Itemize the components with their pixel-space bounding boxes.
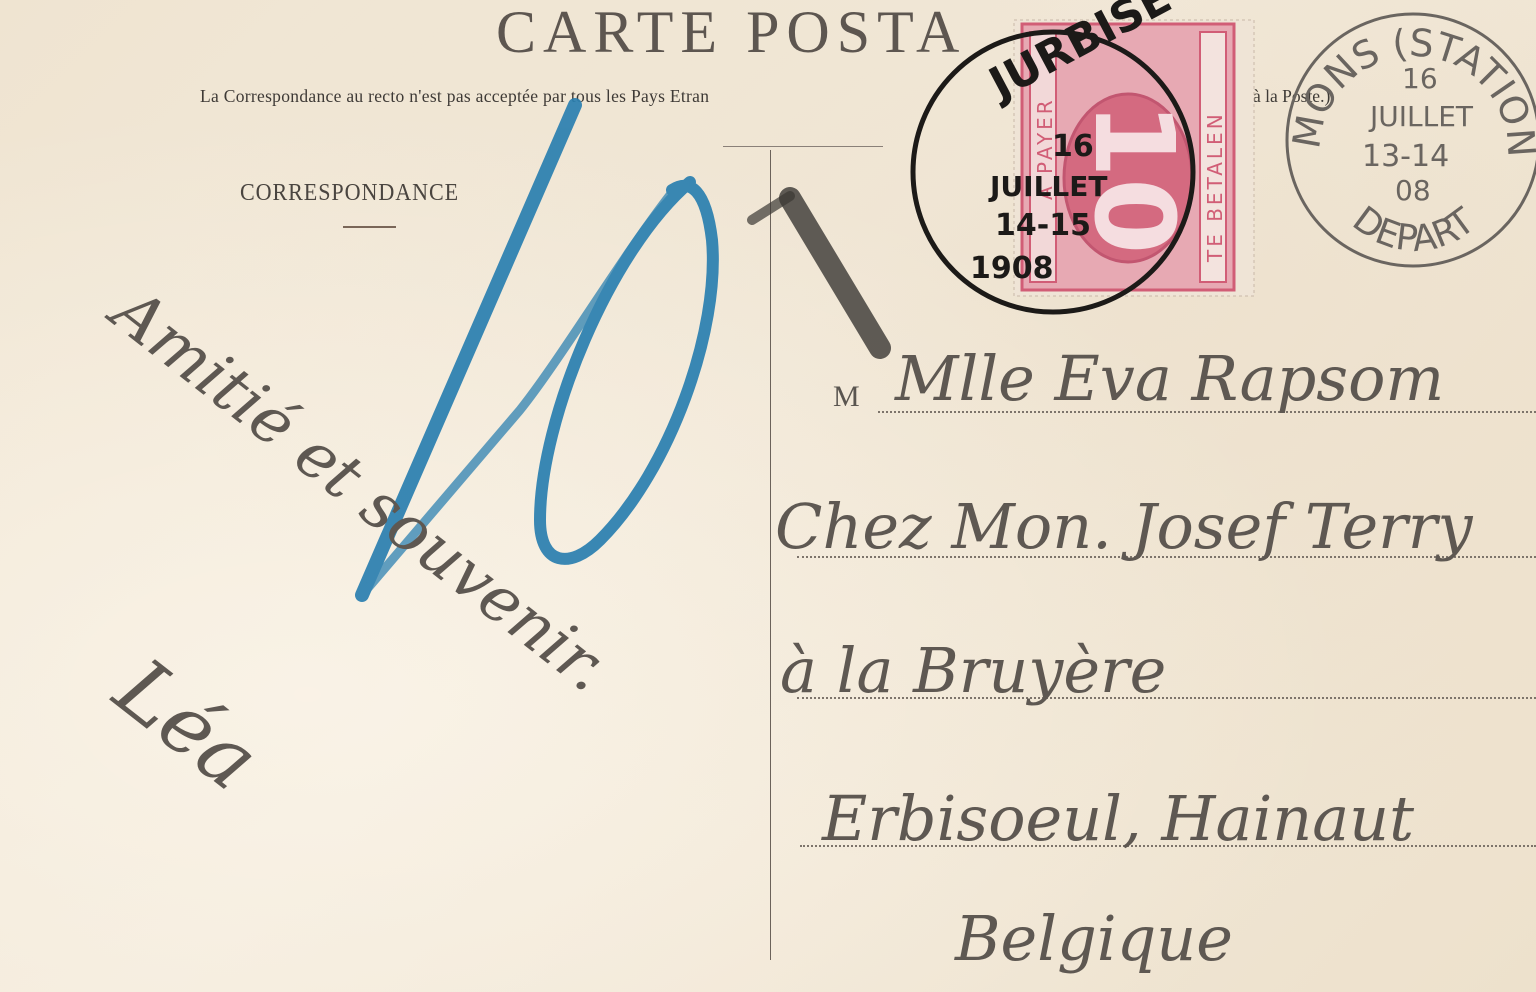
svg-text:JUILLET: JUILLET	[1368, 100, 1474, 133]
tax-t-mark	[752, 196, 880, 348]
svg-text:08: 08	[1395, 174, 1431, 207]
svg-text:16: 16	[1052, 129, 1094, 164]
svg-text:JUILLET: JUILLET	[988, 170, 1107, 203]
handwritten-address: Mlle Eva Rapsom Chez Mon. Josef Terry à …	[775, 342, 1473, 975]
svg-text:DEPART: DEPART	[1345, 199, 1483, 260]
svg-text:à la Bruyère: à la Bruyère	[780, 634, 1166, 707]
marks-layer: 10 TE BETALEN A PAYER JURBISE 16 JUILLET…	[0, 0, 1536, 992]
svg-text:1908: 1908	[970, 251, 1054, 286]
svg-text:Belgique: Belgique	[954, 902, 1233, 975]
svg-text:Erbisoeul, Hainaut: Erbisoeul, Hainaut	[821, 782, 1414, 855]
svg-text:Chez Mon. Josef Terry: Chez Mon. Josef Terry	[775, 490, 1473, 563]
svg-text:13-14: 13-14	[1362, 139, 1449, 174]
svg-text:Léa: Léa	[96, 640, 276, 810]
svg-text:Mlle Eva Rapsom: Mlle Eva Rapsom	[894, 342, 1444, 415]
svg-text:14-15: 14-15	[995, 208, 1091, 243]
svg-text:MONS (STATION): MONS (STATION)	[0, 0, 1536, 158]
mons-postmark: MONS (STATION) DEPART 16 JUILLET 13-14 0…	[0, 0, 1536, 266]
svg-text:16: 16	[1402, 62, 1438, 95]
stamp-right-text: TE BETALEN	[1203, 111, 1227, 263]
